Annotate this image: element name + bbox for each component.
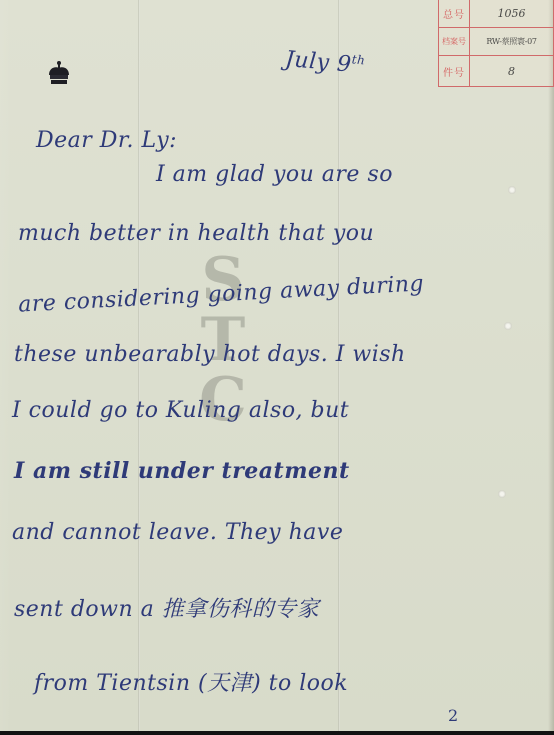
crown-icon <box>46 60 72 86</box>
stamp-label: 档案号 <box>439 28 470 55</box>
letter-page: S T C 总号 1056 档案号 RW-蔡照寰-07 件号 8 July 9t… <box>0 0 554 731</box>
date-suffix: th <box>351 52 366 67</box>
punch-hole <box>504 322 512 330</box>
letter-line: much better in health that you <box>18 221 374 246</box>
stamp-row-item-number: 件号 8 <box>439 56 553 86</box>
punch-hole <box>508 186 516 194</box>
scan-bottom-edge <box>0 731 554 735</box>
archive-stamp: 总号 1056 档案号 RW-蔡照寰-07 件号 8 <box>438 0 554 87</box>
stamp-value: 1056 <box>470 0 553 27</box>
letter-date: July 9th <box>284 47 366 79</box>
stamp-row-archive-number: 档案号 RW-蔡照寰-07 <box>439 28 553 56</box>
letter-line: and cannot leave. They have <box>12 520 343 545</box>
date-text: July 9 <box>284 47 352 78</box>
stamp-label: 总号 <box>439 0 470 27</box>
stamp-row-total-number: 总号 1056 <box>439 0 553 28</box>
letter-line: sent down a 推拿伤科的专家 <box>14 592 319 623</box>
letter-salutation: Dear Dr. Ly: <box>36 128 177 153</box>
letter-line: from Tientsin (天津) to look <box>34 666 348 697</box>
stamp-value: RW-蔡照寰-07 <box>470 28 553 55</box>
letter-line: these unbearably hot days. I wish <box>14 342 406 367</box>
punch-hole <box>498 490 506 498</box>
letter-line: I am still under treatment <box>14 458 350 484</box>
letter-line: I am glad you are so <box>156 162 393 187</box>
page-number: 2 <box>448 706 459 725</box>
letter-line: I could go to Kuling also, but <box>12 398 349 423</box>
stamp-value: 8 <box>470 56 553 86</box>
paper-edge-shadow <box>548 0 554 731</box>
stamp-label: 件号 <box>439 56 470 86</box>
